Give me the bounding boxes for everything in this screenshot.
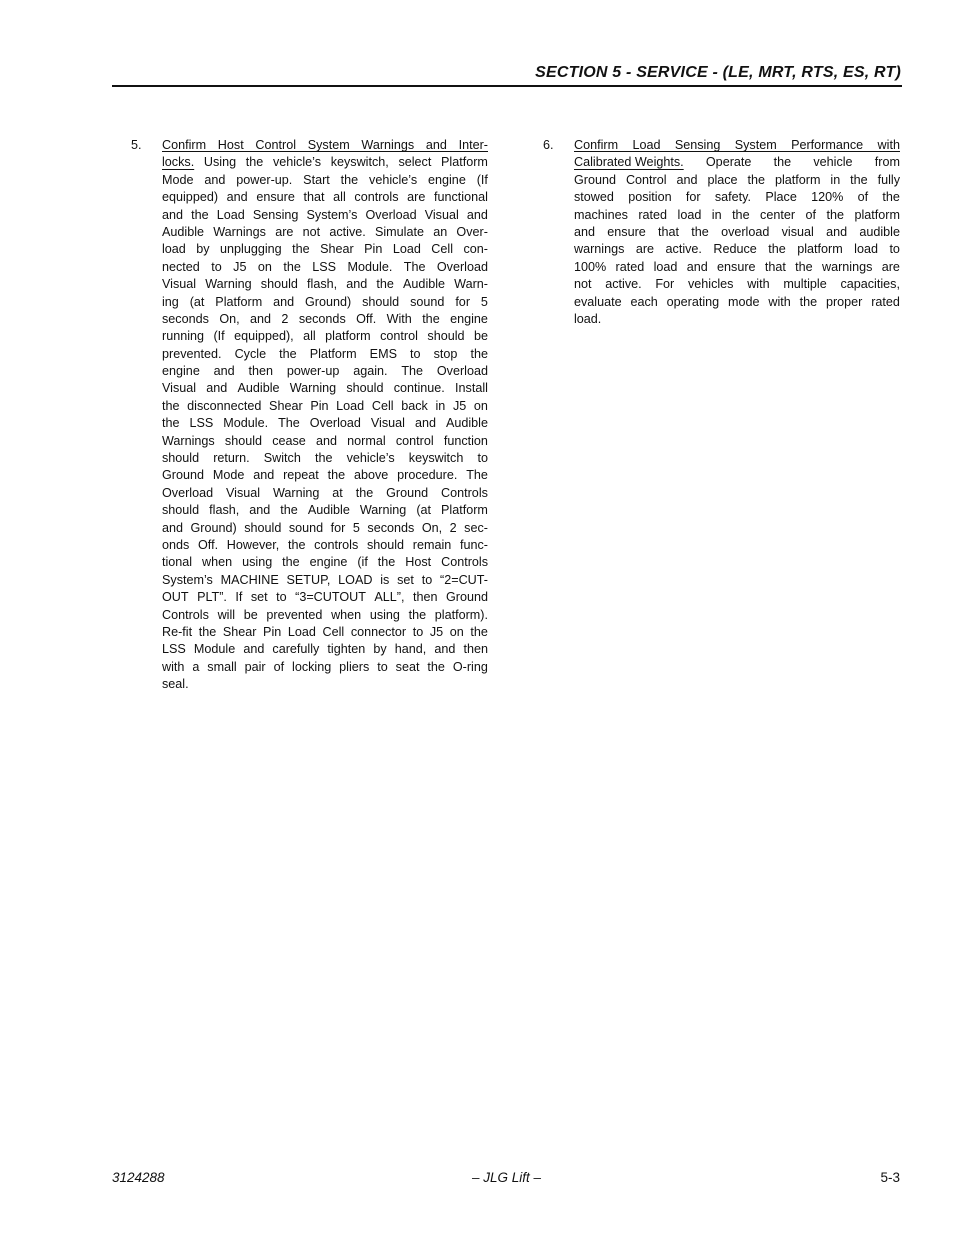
text-line: Controlswillbepreventedwhenusingtheplatf…: [162, 607, 488, 624]
item-lines: ConfirmLoadSensingSystemPerformancewithC…: [574, 137, 900, 328]
text-line: stowedpositionforsafety.Place120%ofthe: [574, 189, 900, 206]
text-line: 100%ratedloadandensurethatthewarningsare: [574, 259, 900, 276]
text-line: VisualWarningshouldflash,andtheAudibleWa…: [162, 276, 488, 293]
left-column: 5. ConfirmHostControlSystemWarningsandIn…: [131, 137, 488, 694]
text-line: AudibleWarningsarenotactive.SimulateanOv…: [162, 224, 488, 241]
text-line: Calibrated Weights.Operatethevehiclefrom: [574, 154, 900, 171]
text-line: Modeandpower-up.Startthevehicle’sengine(…: [162, 172, 488, 189]
text-line: theLSSModule.TheOverloadVisualandAudible: [162, 415, 488, 432]
section-header-title: SECTION 5 - SERVICE - (LE, MRT, RTS, ES,…: [112, 63, 901, 83]
text-line: nectedtoJ5ontheLSSModule.TheOverload: [162, 259, 488, 276]
text-line: notactive.Forvehicleswithmultiplecapacit…: [574, 276, 900, 293]
text-line: thedisconnectedShearPinLoadCellbackinJ5o…: [162, 398, 488, 415]
text-line: GroundControlandplacetheplatformintheful…: [574, 172, 900, 189]
text-line: ing(atPlatformandGround)shouldsoundfor5: [162, 294, 488, 311]
text-line: running(Ifequipped),allplatformcontrolsh…: [162, 328, 488, 345]
manual-page: SECTION 5 - SERVICE - (LE, MRT, RTS, ES,…: [0, 0, 954, 1235]
text-line: Warningsshouldceaseandnormalcontrolfunct…: [162, 433, 488, 450]
text-line: warningsareactive.Reducetheplatformloadt…: [574, 241, 900, 258]
list-item: 5. ConfirmHostControlSystemWarningsandIn…: [131, 137, 488, 694]
text-line: OUTPLT”.Ifsetto“3=CUTOUTALL”,thenGround: [162, 589, 488, 606]
text-line: andGround)shouldsoundfor5secondsOn,2sec-: [162, 520, 488, 537]
text-line: seal.: [162, 676, 488, 693]
list-item: 6. ConfirmLoadSensingSystemPerformancewi…: [543, 137, 900, 328]
right-column: 6. ConfirmLoadSensingSystemPerformancewi…: [543, 137, 900, 328]
text-line: evaluateeachoperatingmodewiththeproperra…: [574, 294, 900, 311]
footer-brand: – JLG Lift –: [112, 1170, 901, 1185]
text-line: shouldreturn.Switchthevehicle’skeyswitch…: [162, 450, 488, 467]
text-line: ConfirmLoadSensingSystemPerformancewith: [574, 137, 900, 154]
list-number: 6.: [543, 137, 574, 154]
text-line: withasmallpairoflockingplierstoseattheO-…: [162, 659, 488, 676]
text-line: andtheLoadSensingSystem’sOverloadVisuala…: [162, 207, 488, 224]
text-line: tionalwhenusingtheengine(iftheHostContro…: [162, 554, 488, 571]
item-lines: ConfirmHostControlSystemWarningsandInter…: [162, 137, 488, 694]
list-number: 5.: [131, 137, 162, 154]
text-line: locks.Usingthevehicle’skeyswitch,selectP…: [162, 154, 488, 171]
text-line: GroundModeandrepeattheaboveprocedure.The: [162, 467, 488, 484]
text-line: secondsOn,and2secondsOff.Withtheengine: [162, 311, 488, 328]
text-line: engineandthenpower-upagain.TheOverload: [162, 363, 488, 380]
text-line: prevented.CyclethePlatformEMStostopthe: [162, 346, 488, 363]
text-line: equipped)andensurethatallcontrolsarefunc…: [162, 189, 488, 206]
footer-page-number: 5-3: [880, 1170, 900, 1185]
text-line: ConfirmHostControlSystemWarningsandInter…: [162, 137, 488, 154]
page-footer: 3124288 – JLG Lift – 5-3: [0, 1170, 954, 1188]
text-line: load.: [574, 311, 900, 328]
text-line: LSSModuleandcarefullytightenbyhand,andth…: [162, 641, 488, 658]
text-line: shouldflash,andtheAudibleWarning(atPlatf…: [162, 502, 488, 519]
text-line: System’sMACHINESETUP,LOADissetto“2=CUT-: [162, 572, 488, 589]
header-rule-divider: [112, 85, 902, 87]
text-line: loadbyunpluggingtheShearPinLoadCellcon-: [162, 241, 488, 258]
text-line: VisualandAudibleWarningshouldcontinue.In…: [162, 380, 488, 397]
text-line: andensurethattheoverloadvisualandaudible: [574, 224, 900, 241]
text-line: OverloadVisualWarningattheGroundControls: [162, 485, 488, 502]
text-line: Re-fittheShearPinLoadCellconnectortoJ5on…: [162, 624, 488, 641]
text-line: ondsOff.However,thecontrolsshouldremainf…: [162, 537, 488, 554]
text-line: machinesratedloadinthecenteroftheplatfor…: [574, 207, 900, 224]
